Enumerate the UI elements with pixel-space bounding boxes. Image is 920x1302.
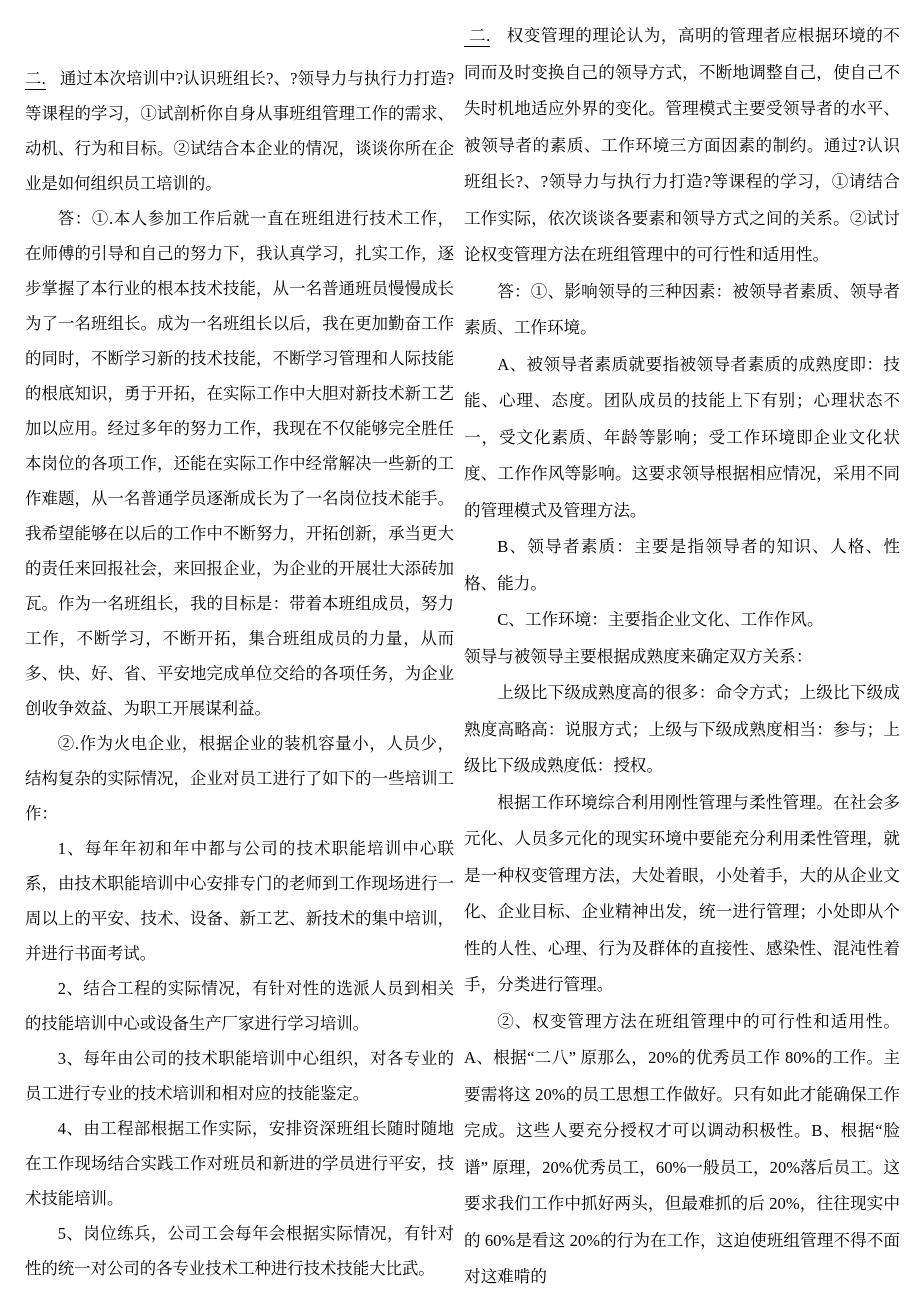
left-list-item-1: 1、每年年初和年中都与公司的技术职能培训中心联系，由技术职能培训中心安排专门的老… <box>25 831 454 971</box>
right-question-text: 权变管理的理论认为，高明的管理者应根据环境的不同而及时变换自己的领导方式，不断地… <box>464 26 900 264</box>
left-question-text: 通过本次培训中?认识班组长?、?领导力与执行力打造?等课程的学习，①试剖析你自身… <box>25 69 454 193</box>
left-list-item-2: 2、结合工程的实际情况，有针对性的选派人员到相关的技能培训中心或设备生产厂家进行… <box>25 971 454 1041</box>
left-answer-paragraph-1: 答：①.本人参加工作后就一直在班组进行技术工作，在师傅的引导和自己的努力下，我认… <box>25 201 454 726</box>
right-relation-paragraph: 领导与被领导主要根据成熟度来确定双方关系： <box>464 639 900 676</box>
right-factor-b-paragraph: B、领导者素质：主要是指领导者的知识、人格、性格、能力。 <box>464 529 900 602</box>
left-question-paragraph: 二.通过本次培训中?认识班组长?、?领导力与执行力打造?等课程的学习，①试剖析你… <box>25 61 454 201</box>
document-page: 二.通过本次培训中?认识班组长?、?领导力与执行力打造?等课程的学习，①试剖析你… <box>0 0 920 1302</box>
right-flexible-management-paragraph: 根据工作环境综合利用刚性管理与柔性管理。在社会多元化、人员多元化的现实环境中要能… <box>464 785 900 1004</box>
right-column: 二.权变管理的理论认为，高明的管理者应根据环境的不同而及时变换自己的领导方式，不… <box>464 18 900 1296</box>
left-answer-paragraph-2: ②.作为火电企业，根据企业的装机容量小，人员少，结构复杂的实际情况，企业对员工进… <box>25 726 454 831</box>
right-question-number: 二. <box>464 26 490 47</box>
right-factor-a-paragraph: A、被领导者素质就要指被领导者素质的成熟度即：技能、心理、态度。团队成员的技能上… <box>464 347 900 530</box>
right-answer-paragraph-2: ②、权变管理方法在班组管理中的可行性和适用性。A、根据“二八” 原那么，20%的… <box>464 1004 900 1296</box>
right-answer-paragraph-1: 答：①、影响领导的三种因素：被领导者素质、领导者素质、工作环境。 <box>464 274 900 347</box>
left-column: 二.通过本次培训中?认识班组长?、?领导力与执行力打造?等课程的学习，①试剖析你… <box>25 61 454 1286</box>
left-list-item-3: 3、每年由公司的技术职能培训中心组织，对各专业的员工进行专业的技术培训和相对应的… <box>25 1041 454 1111</box>
right-factor-c-paragraph: C、工作环境：主要指企业文化、工作作风。 <box>464 602 900 639</box>
left-list-item-4: 4、由工程部根据工作实际，安排资深班组长随时随地在工作现场结合实践工作对班员和新… <box>25 1111 454 1216</box>
left-question-number: 二. <box>25 69 46 90</box>
right-maturity-paragraph: 上级比下级成熟度高的很多：命令方式；上级比下级成熟度高略高：说服方式；上级与下级… <box>464 675 900 785</box>
right-question-paragraph: 二.权变管理的理论认为，高明的管理者应根据环境的不同而及时变换自己的领导方式，不… <box>464 18 900 274</box>
left-list-item-5: 5、岗位练兵，公司工会每年会根据实际情况，有针对性的统一对公司的各专业技术工种进… <box>25 1216 454 1286</box>
